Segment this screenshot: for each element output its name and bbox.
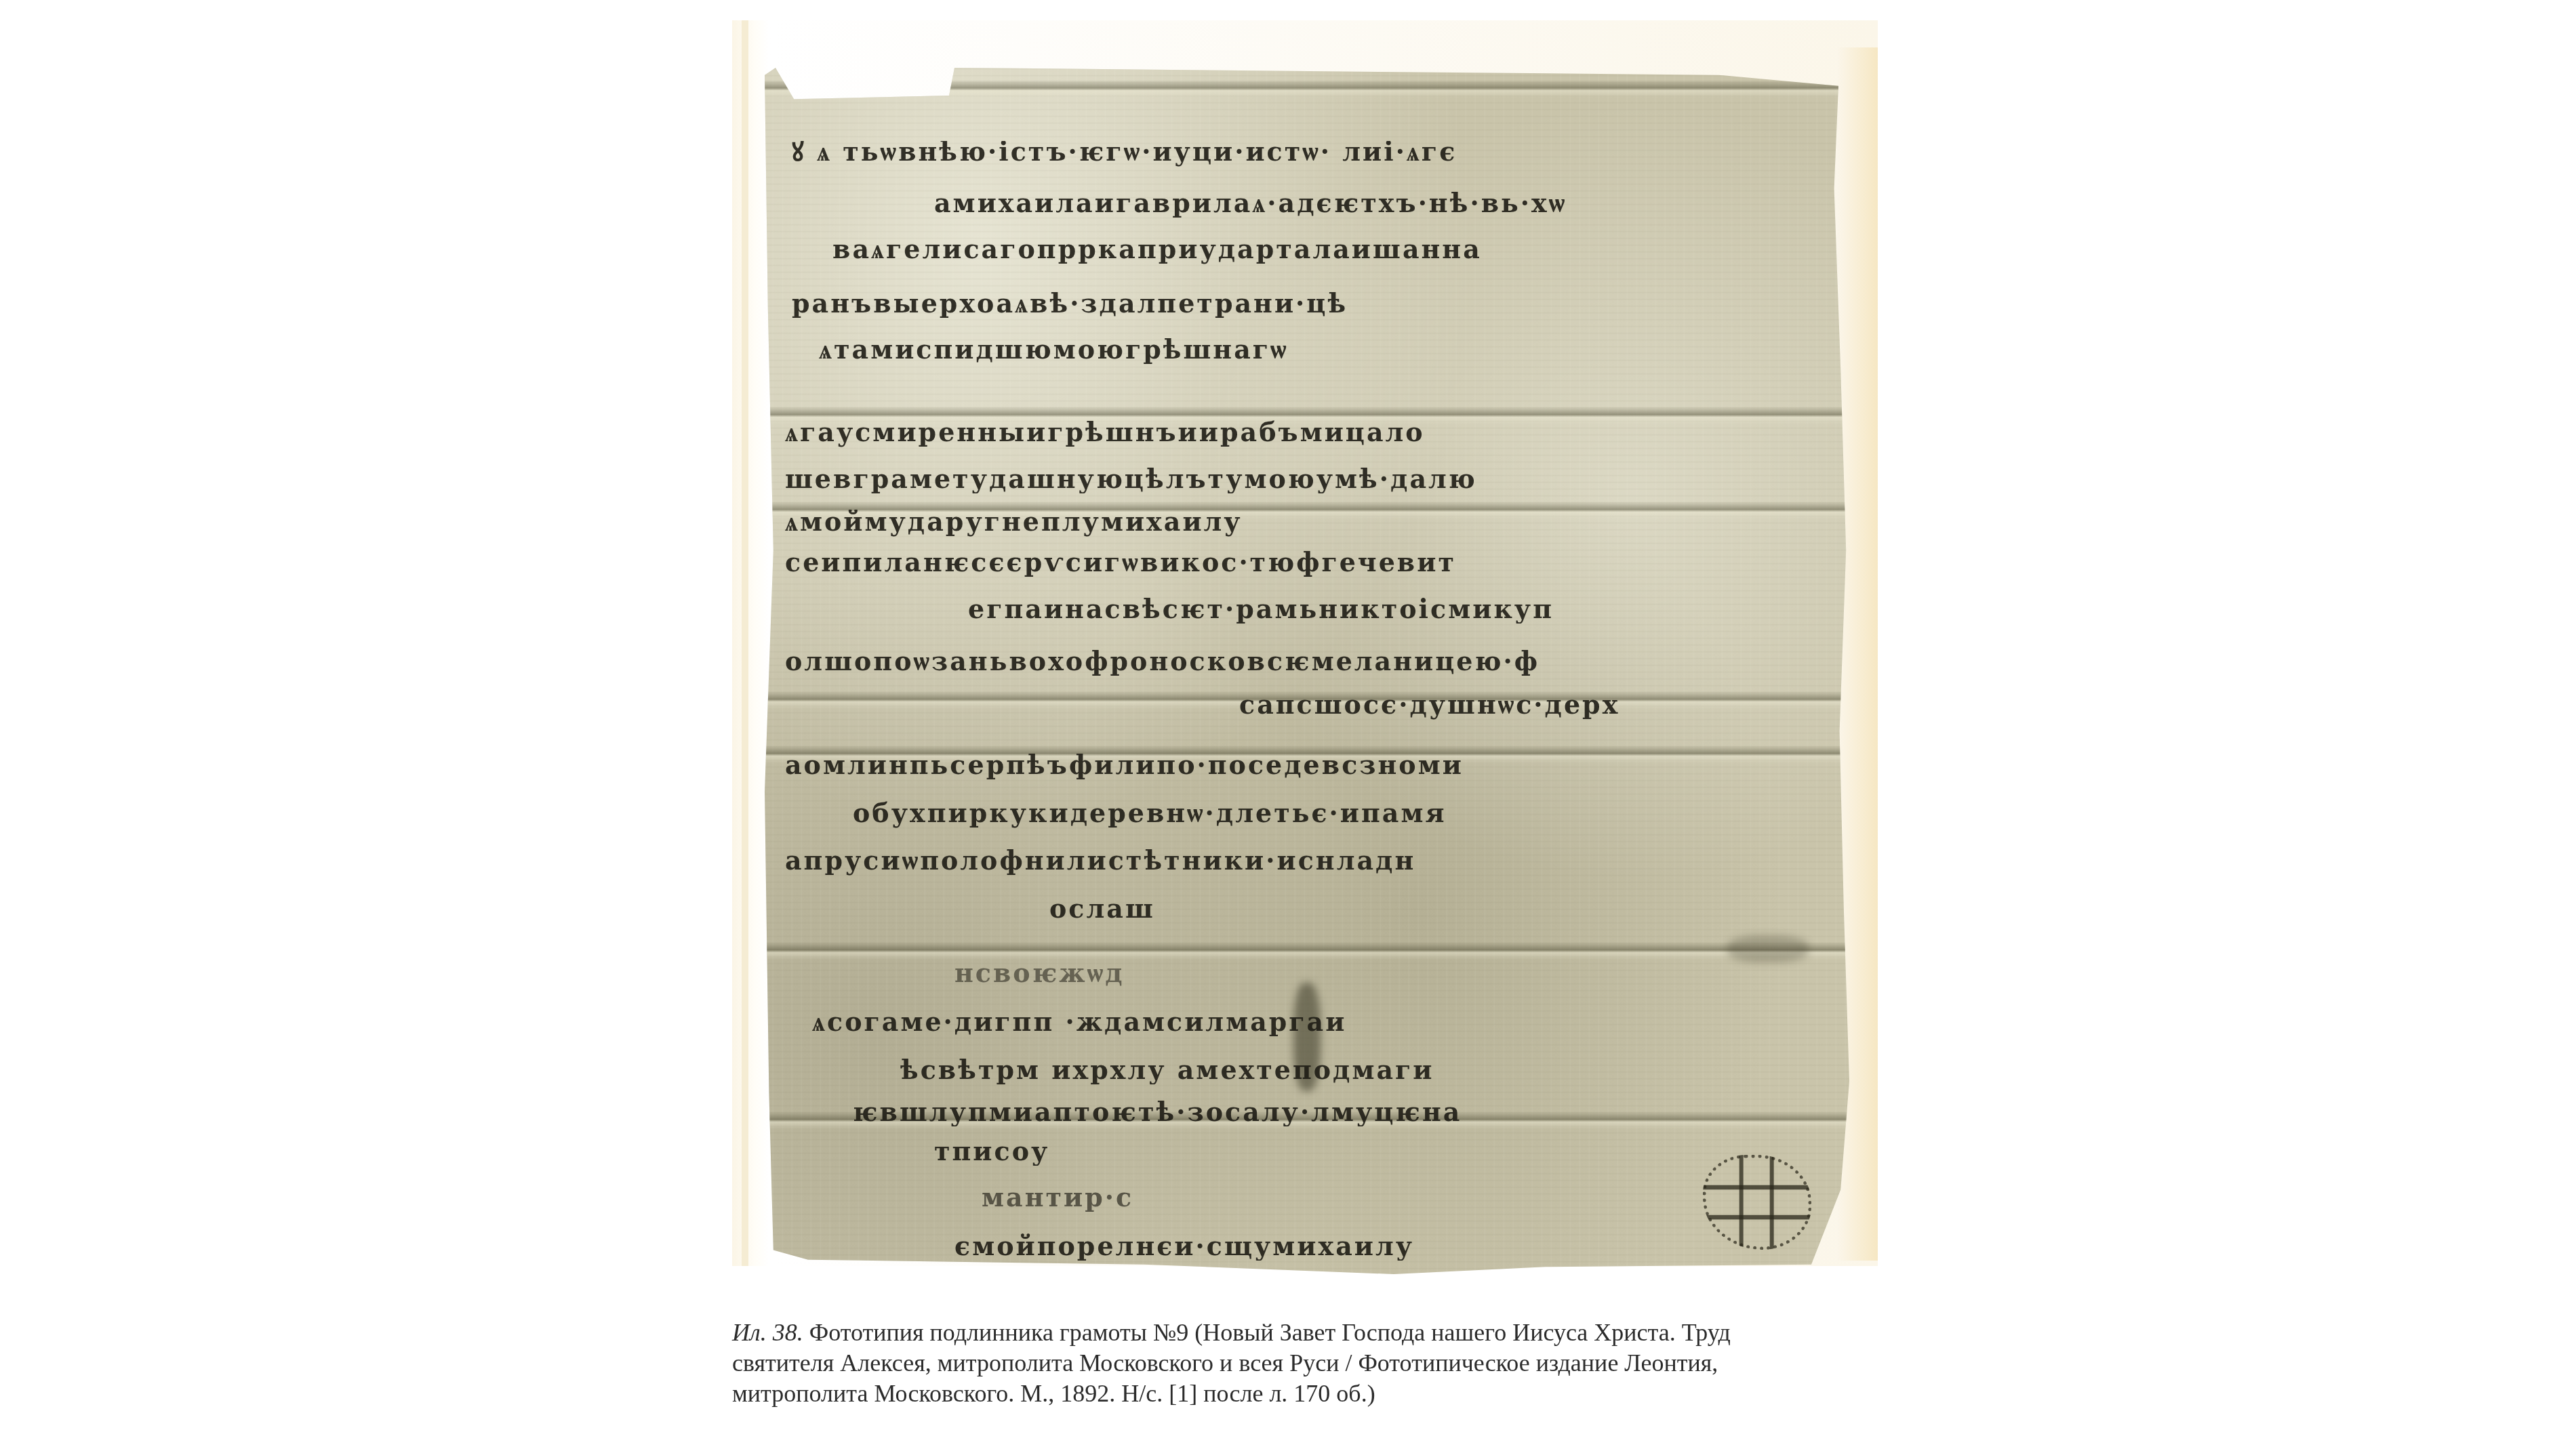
script-line: нсвоѥжѡд — [954, 961, 1226, 988]
fold-crease — [765, 942, 1849, 960]
caption-line-1: Ил. 38. Фототипия подлинника грамоты №9 … — [732, 1318, 1885, 1348]
script-line: ѧмоймударугнеплумихаилу — [785, 510, 1463, 537]
script-line: ѣсвѣтрм ихрхлу амехтеподмаги — [900, 1057, 1822, 1084]
script-line: ꙋ҇ ѧ тьѡвнѣю·істъ·ѥгѡ·иуци·истѡ· лиі·ѧгє — [792, 141, 1822, 168]
script-line: олшопоѡзаньвохофроносковсѥмеланицею·ф — [785, 649, 1822, 676]
script-line: аомлинпьсерпѣъфилипо·поседевсзноми — [785, 752, 1822, 779]
manuscript-figure: ꙋ҇ ѧ тьѡвнѣю·істъ·ѥгѡ·иуци·истѡ· лиі·ѧгє… — [732, 20, 1878, 1267]
plate-edge-left — [742, 20, 748, 1266]
figure-label: Ил. 38. — [732, 1319, 803, 1346]
manuscript-parchment: ꙋ҇ ѧ тьѡвнѣю·істъ·ѥгѡ·иуци·истѡ· лиі·ѧгє… — [765, 68, 1849, 1274]
script-line: шевграметудашнуюцѣлътумоюумѣ·далю — [785, 466, 1822, 493]
figure-caption: Ил. 38. Фототипия подлинника грамоты №9 … — [732, 1318, 1885, 1409]
script-line: ѥвшлупмиаптоѥтѣ·зосалу·лмуцѥна — [853, 1099, 1822, 1126]
script-line: тписоу — [934, 1139, 1138, 1166]
script-line: сапсшосє·душнѡс·дерх — [1239, 693, 1822, 720]
script-line: ємойпорелнєи·сщумихаилу — [954, 1233, 1565, 1261]
script-line: мантир·с — [982, 1185, 1321, 1212]
script-line: ранъвыерхоаѧвѣ·здалпетрани·цѣ — [792, 291, 1822, 319]
script-line: егпаинасвѣсѥт·рамьниктоісмикуп — [968, 596, 1822, 624]
script-line: сеипиланѥсєєрѵсигѡвикос·тюфгечевит — [785, 550, 1822, 577]
script-line: амихаилаигаврилаѧ·адєѥтхъ·нѣ·вь·хѡ — [785, 191, 1822, 218]
script-line: ваѧгелисагопрркаприударталаишанна — [805, 237, 1754, 264]
script-line: апрусиѡполофнилистѣтники·иснладн — [785, 849, 1822, 876]
script-line: ѧтамиспидшюмоюгрѣшнагѡ — [819, 338, 1700, 365]
script-line: ѧсогаме·дигпп ·ждамсилмаргаи — [812, 1010, 1822, 1037]
script-line: обухпиркукидеревнѡ·длетьє·ипамя — [785, 801, 1822, 828]
caption-line-3: митрополита Московского. М., 1892. Н/с. … — [732, 1379, 1885, 1409]
ink-stain — [1727, 935, 1809, 962]
script-line: ослаш — [1049, 896, 1253, 923]
script-line: ѧгаусмиренныигрѣшнъиирабъмицало — [785, 420, 1734, 447]
caption-line-2: святителя Алексея, митрополита Московско… — [732, 1348, 1885, 1379]
seal-cross-mark — [1703, 1155, 1811, 1250]
